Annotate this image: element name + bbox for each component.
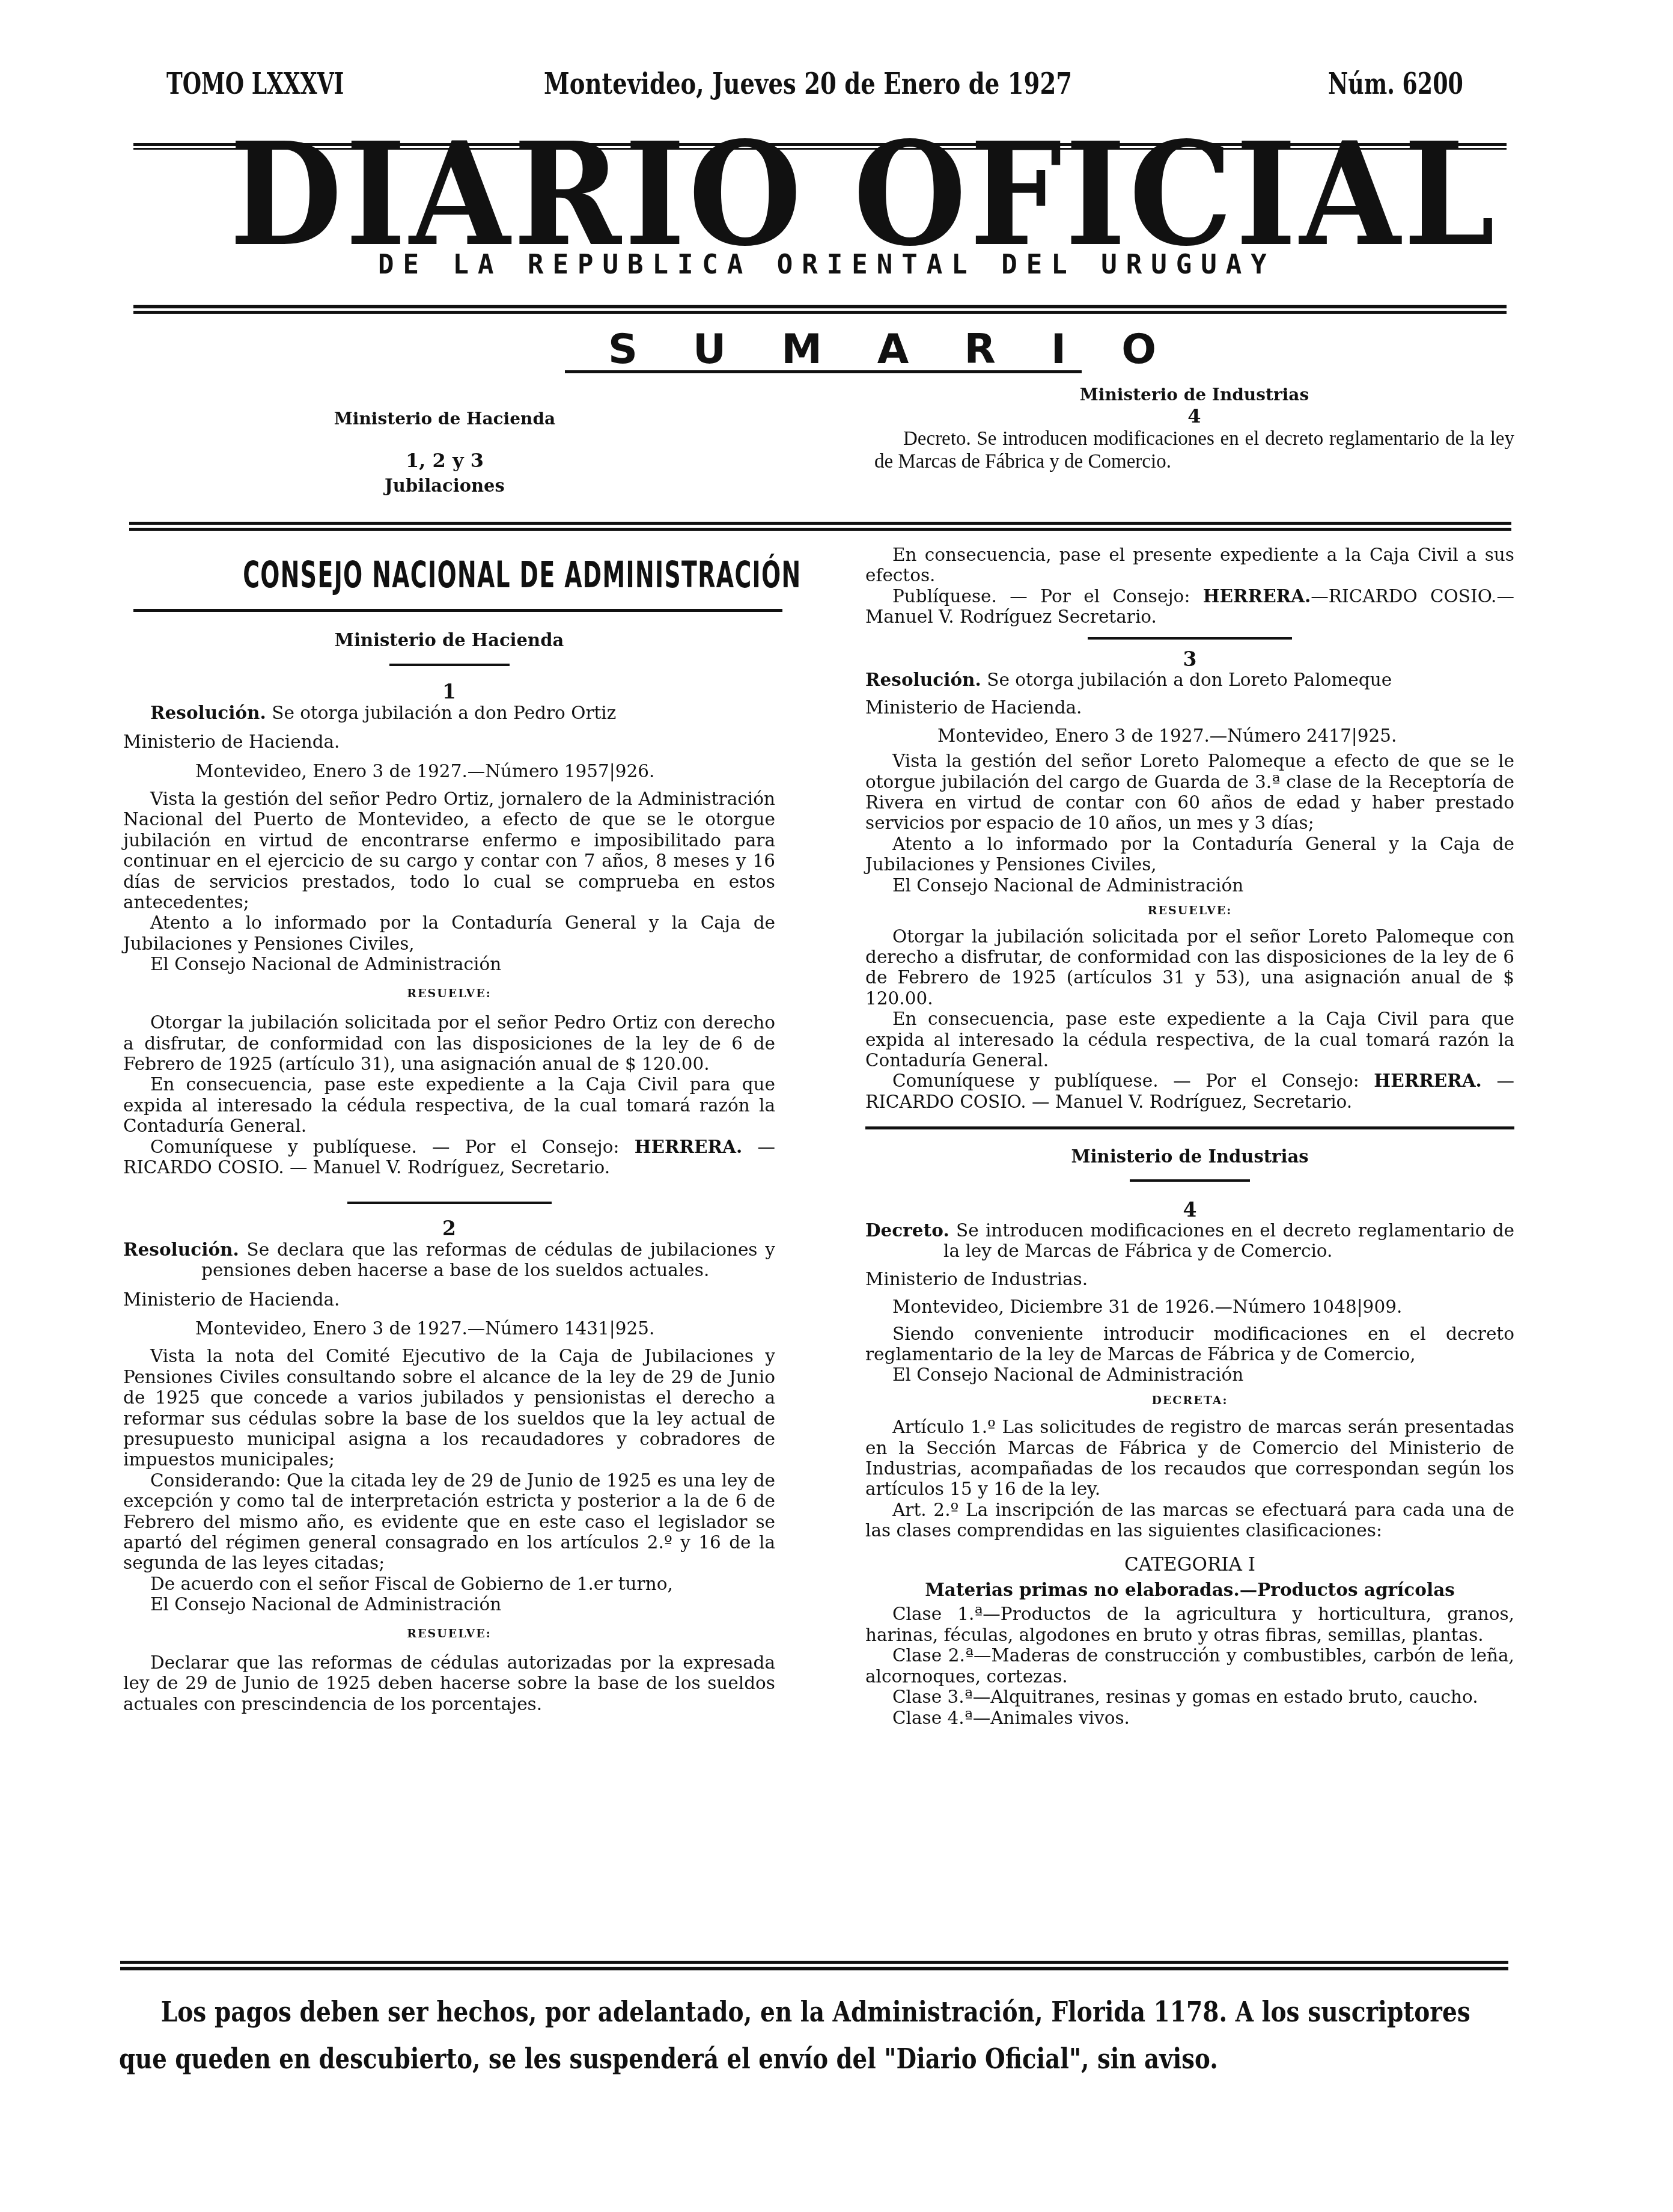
right-column: En consecuencia, pase el presente expedi… <box>865 545 1514 1728</box>
item-1: 1 Resolución. Se otorga jubilación a don… <box>123 682 775 1178</box>
clase-item: Clase 4.ª—Animales vivos. <box>865 1708 1514 1728</box>
item-signature: Publíquese. — Por el Consejo: HERRERA.—R… <box>865 586 1514 628</box>
masthead-title: DIARIO OFICIAL <box>171 137 1478 251</box>
sumario-right-number: 4 <box>874 405 1514 427</box>
item-paragraph: Considerando: Que la citada ley de 29 de… <box>123 1470 775 1574</box>
item-date-line: Montevideo, Diciembre 31 de 1926.—Número… <box>865 1297 1514 1317</box>
item-paragraph: Vista la gestión del señor Loreto Palome… <box>865 751 1514 834</box>
notice-line-1: Los pagos deben ser hechos, por adelanta… <box>119 1988 1309 2035</box>
item-paragraph: El Consejo Nacional de Administración <box>123 954 775 974</box>
item-2: 2 Resolución. Se declara que las reforma… <box>123 1218 775 1714</box>
clase-item: Clase 2.ª—Maderas de construcción y comb… <box>865 1645 1514 1687</box>
item-signature: Comuníquese y publíquese. — Por el Conse… <box>865 1071 1514 1112</box>
item-paragraph: En consecuencia, pase este expediente a … <box>865 1009 1514 1071</box>
sumario-underline <box>565 370 1082 373</box>
sumario-title: SUMARIO <box>553 326 1130 373</box>
sumario-left: Ministerio de Hacienda 1, 2 y 3 Jubilaci… <box>228 409 661 496</box>
masthead-subtitle: DE LA REPUBLICA ORIENTAL DEL URUGUAY <box>378 249 1273 280</box>
item-paragraph: Vista la nota del Comité Ejecutivo de la… <box>123 1346 775 1470</box>
section-title-rule <box>133 609 782 612</box>
item-ministry-line: Ministerio de Hacienda. <box>123 1289 775 1310</box>
item-number: 4 <box>865 1200 1514 1220</box>
clase-item: Clase 1.ª—Productos de la agricultura y … <box>865 1604 1514 1645</box>
sumario-right: Ministerio de Industrias 4 Decreto. Se i… <box>874 385 1514 473</box>
item-lead: Resolución. Se declara que las reformas … <box>123 1239 775 1281</box>
item-date-line: Montevideo, Enero 3 de 1927.—Número 2417… <box>865 726 1514 746</box>
item-ministry-line: Ministerio de Hacienda. <box>123 732 775 752</box>
short-rule <box>1130 1179 1250 1182</box>
volume-number: TOMO LXXXVI <box>166 67 344 101</box>
item-paragraph: Vista la gestión del señor Pedro Ortiz, … <box>123 789 775 912</box>
item-4: 4 Decreto. Se introducen modificaciones … <box>865 1200 1514 1728</box>
item-ministry-line: Ministerio de Hacienda. <box>865 697 1514 718</box>
item-paragraph: El Consejo Nacional de Administración <box>123 1594 775 1615</box>
notice-line-2: que queden en descubierto, se les suspen… <box>119 2035 1297 2082</box>
category-subheading: Materias primas no elaboradas.—Productos… <box>865 1580 1514 1600</box>
sumario-left-topic: Jubilaciones <box>228 475 661 496</box>
category-heading: CATEGORIA I <box>865 1554 1514 1575</box>
item-paragraph: Atento a lo informado por la Contaduría … <box>123 912 775 954</box>
item-number: 3 <box>865 649 1514 670</box>
separator-rule <box>347 1202 552 1204</box>
item-ministry-line: Ministerio de Industrias. <box>865 1269 1514 1289</box>
item-number: 1 <box>123 682 775 702</box>
item-paragraph: Declarar que las reformas de cédulas aut… <box>123 1652 775 1714</box>
article-2: Art. 2.º La inscripción de las marcas se… <box>865 1500 1514 1541</box>
item-paragraph: El Consejo Nacional de Administración <box>865 875 1514 896</box>
section-rule <box>865 1126 1514 1129</box>
continued-item: En consecuencia, pase el presente expedi… <box>865 545 1514 628</box>
sumario-left-ministry: Ministerio de Hacienda <box>228 409 661 429</box>
item-number: 2 <box>123 1218 775 1239</box>
subscription-notice: Los pagos deben ser hechos, por adelanta… <box>119 1988 1519 2082</box>
resuelve-heading: RESUELVE: <box>865 900 1514 921</box>
issue-dateline: Montevideo, Jueves 20 de Enero de 1927 <box>544 67 1072 101</box>
item-3: 3 Resolución. Se otorga jubilación a don… <box>865 649 1514 1113</box>
sumario-right-ministry: Ministerio de Industrias <box>874 385 1514 405</box>
item-date-line: Montevideo, Enero 3 de 1927.—Número 1431… <box>123 1318 775 1339</box>
resuelve-heading: RESUELVE: <box>123 1624 775 1644</box>
item-paragraph: El Consejo Nacional de Administración <box>865 1364 1514 1385</box>
item-paragraph: En consecuencia, pase el presente expedi… <box>865 545 1514 586</box>
item-paragraph: Siendo conveniente introducir modificaci… <box>865 1324 1514 1365</box>
sumario-rule <box>129 522 1511 531</box>
item-lead: Resolución. Se otorga jubilación a don P… <box>123 703 775 723</box>
issue-number: Núm. 6200 <box>1328 67 1463 101</box>
item-signature: Comuníquese y publíquese. — Por el Conse… <box>123 1137 775 1178</box>
footer-rule <box>120 1961 1508 1970</box>
item-lead: Resolución. Se otorga jubilación a don L… <box>865 670 1514 690</box>
item-paragraph: Otorgar la jubilación solicitada por el … <box>123 1012 775 1074</box>
ministry-heading: Ministerio de Industrias <box>865 1146 1514 1167</box>
left-column: Ministerio de Hacienda 1 Resolución. Se … <box>123 630 775 1714</box>
article-1: Artículo 1.º Las solicitudes de registro… <box>865 1417 1514 1500</box>
sumario-left-numbers: 1, 2 y 3 <box>228 449 661 472</box>
short-rule <box>389 664 510 666</box>
item-lead: Decreto. Se introducen modificaciones en… <box>865 1220 1514 1262</box>
sumario-right-text: Decreto. Se introducen modificaciones en… <box>874 427 1514 473</box>
resuelve-heading: RESUELVE: <box>123 983 775 1004</box>
item-paragraph: Otorgar la jubilación solicitada por el … <box>865 926 1514 1009</box>
item-paragraph: En consecuencia, pase este expediente a … <box>123 1074 775 1136</box>
decreta-heading: DECRETA: <box>865 1390 1514 1411</box>
item-paragraph: Atento a lo informado por la Contaduría … <box>865 834 1514 875</box>
item-paragraph: De acuerdo con el señor Fiscal de Gobier… <box>123 1574 775 1594</box>
item-date-line: Montevideo, Enero 3 de 1927.—Número 1957… <box>123 761 775 781</box>
separator-rule <box>1088 637 1292 640</box>
masthead-rule <box>133 305 1507 314</box>
section-title: CONSEJO NACIONAL DE ADMINISTRACIÓN <box>123 554 775 596</box>
clase-item: Clase 3.ª—Alquitranes, resinas y gomas e… <box>865 1687 1514 1707</box>
ministry-heading: Ministerio de Hacienda <box>123 630 775 650</box>
